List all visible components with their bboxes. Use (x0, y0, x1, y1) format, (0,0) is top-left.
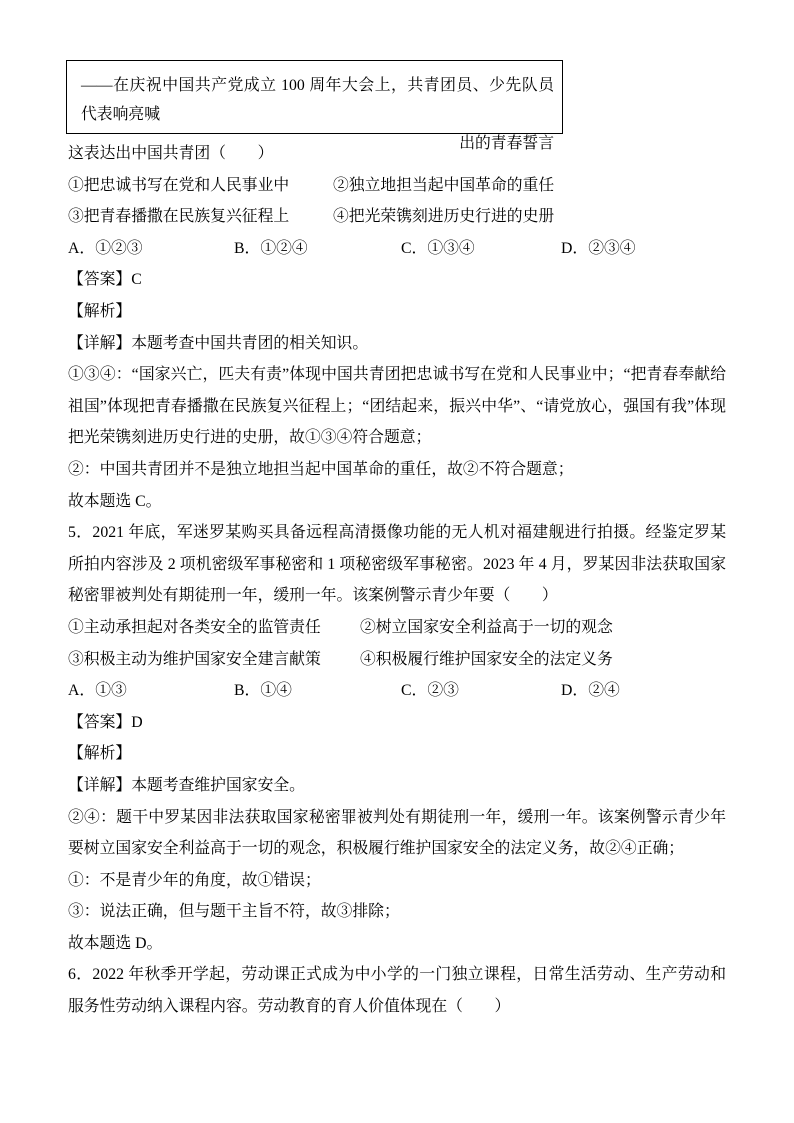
q4-option-row-2: ③把青春播撒在民族复兴征程上 ④把光荣镌刻进历史行进的史册 (68, 201, 726, 233)
q5-choice-c: C．②③ (401, 675, 561, 707)
q5-choice-b: B．①④ (234, 675, 401, 707)
q5-option-row-1: ①主动承担起对各类安全的监管责任 ②树立国家安全利益高于一切的观念 (68, 612, 726, 644)
q4-answer-line: 【答案】C (68, 264, 726, 296)
q4-option-row-1: ①把忠诚书写在党和人民事业中 ②独立地担当起中国革命的重任 (68, 170, 726, 202)
q4-option-4: ④把光荣镌刻进历史行进的史册 (333, 201, 726, 233)
q5-option-3: ③积极主动为维护国家安全建言献策 (68, 644, 360, 676)
q4-answer-label: 【答案】 (68, 271, 131, 288)
document-body: 这表达出中国共青团（ ） ①把忠诚书写在党和人民事业中 ②独立地担当起中国革命的… (68, 138, 726, 1023)
q5-option-1: ①主动承担起对各类安全的监管责任 (68, 612, 360, 644)
exam-document-page: ——在庆祝中国共产党成立 100 周年大会上，共青团员、少先队员代表响亮喊 出的… (0, 0, 794, 1123)
q4-answer-value: C (131, 271, 142, 288)
q4-choice-a: A．①②③ (68, 233, 234, 265)
q4-stem: 这表达出中国共青团（ ） (68, 138, 726, 170)
q4-option-2: ②独立地担当起中国革命的重任 (333, 170, 726, 202)
q5-choice-a: A．①③ (68, 675, 234, 707)
q5-choice-d: D．②④ (561, 675, 726, 707)
q6-stem: 6．2022 年秋季开学起，劳动课正式成为中小学的一门独立课程，日常生活劳动、生… (68, 959, 726, 1022)
q4-analysis-label: 【解析】 (68, 296, 726, 328)
q4-option-1: ①把忠诚书写在党和人民事业中 (68, 170, 333, 202)
q5-conclusion: 故本题选 D。 (68, 928, 726, 960)
q5-detail-line: 【详解】本题考查维护国家安全。 (68, 770, 726, 802)
q5-choice-row: A．①③ B．①④ C．②③ D．②④ (68, 675, 726, 707)
q5-option-4: ④积极履行维护国家安全的法定义务 (360, 644, 726, 676)
q5-answer-line: 【答案】D (68, 707, 726, 739)
q5-explanation-1: ②④：题干中罗某因非法获取国家秘密罪被判处有期徒刑一年，缓刑一年。该案例警示青少… (68, 802, 726, 865)
q5-option-row-2: ③积极主动为维护国家安全建言献策 ④积极履行维护国家安全的法定义务 (68, 644, 726, 676)
quote-box-line-1: ——在庆祝中国共产党成立 100 周年大会上，共青团员、少先队员代表响亮喊 (67, 61, 562, 129)
q4-detail-line: 【详解】本题考查中国共青团的相关知识。 (68, 328, 726, 360)
q5-option-2: ②树立国家安全利益高于一切的观念 (360, 612, 726, 644)
q4-choice-d: D．②③④ (561, 233, 726, 265)
q5-analysis-label: 【解析】 (68, 738, 726, 770)
q4-choice-b: B．①②④ (234, 233, 401, 265)
q5-answer-label: 【答案】 (68, 714, 131, 731)
q4-conclusion: 故本题选 C。 (68, 486, 726, 518)
quote-attribution-box: ——在庆祝中国共产党成立 100 周年大会上，共青团员、少先队员代表响亮喊 出的… (66, 60, 563, 134)
q4-choice-row: A．①②③ B．①②④ C．①③④ D．②③④ (68, 233, 726, 265)
q4-explanation-1: ①③④：“国家兴亡，匹夫有责”体现中国共青团把忠诚书写在党和人民事业中；“把青春… (68, 359, 726, 454)
q5-answer-value: D (131, 714, 142, 731)
q5-explanation-2: ①：不是青少年的角度，故①错误； (68, 865, 726, 897)
q4-explanation-2: ②：中国共青团并不是独立地担当起中国革命的重任，故②不符合题意； (68, 454, 726, 486)
q5-explanation-3: ③：说法正确，但与题干主旨不符，故③排除； (68, 896, 726, 928)
q5-stem: 5．2021 年底，军迷罗某购买具备远程高清摄像功能的无人机对福建舰进行拍摄。经… (68, 517, 726, 612)
q4-option-3: ③把青春播撒在民族复兴征程上 (68, 201, 333, 233)
q4-choice-c: C．①③④ (401, 233, 561, 265)
